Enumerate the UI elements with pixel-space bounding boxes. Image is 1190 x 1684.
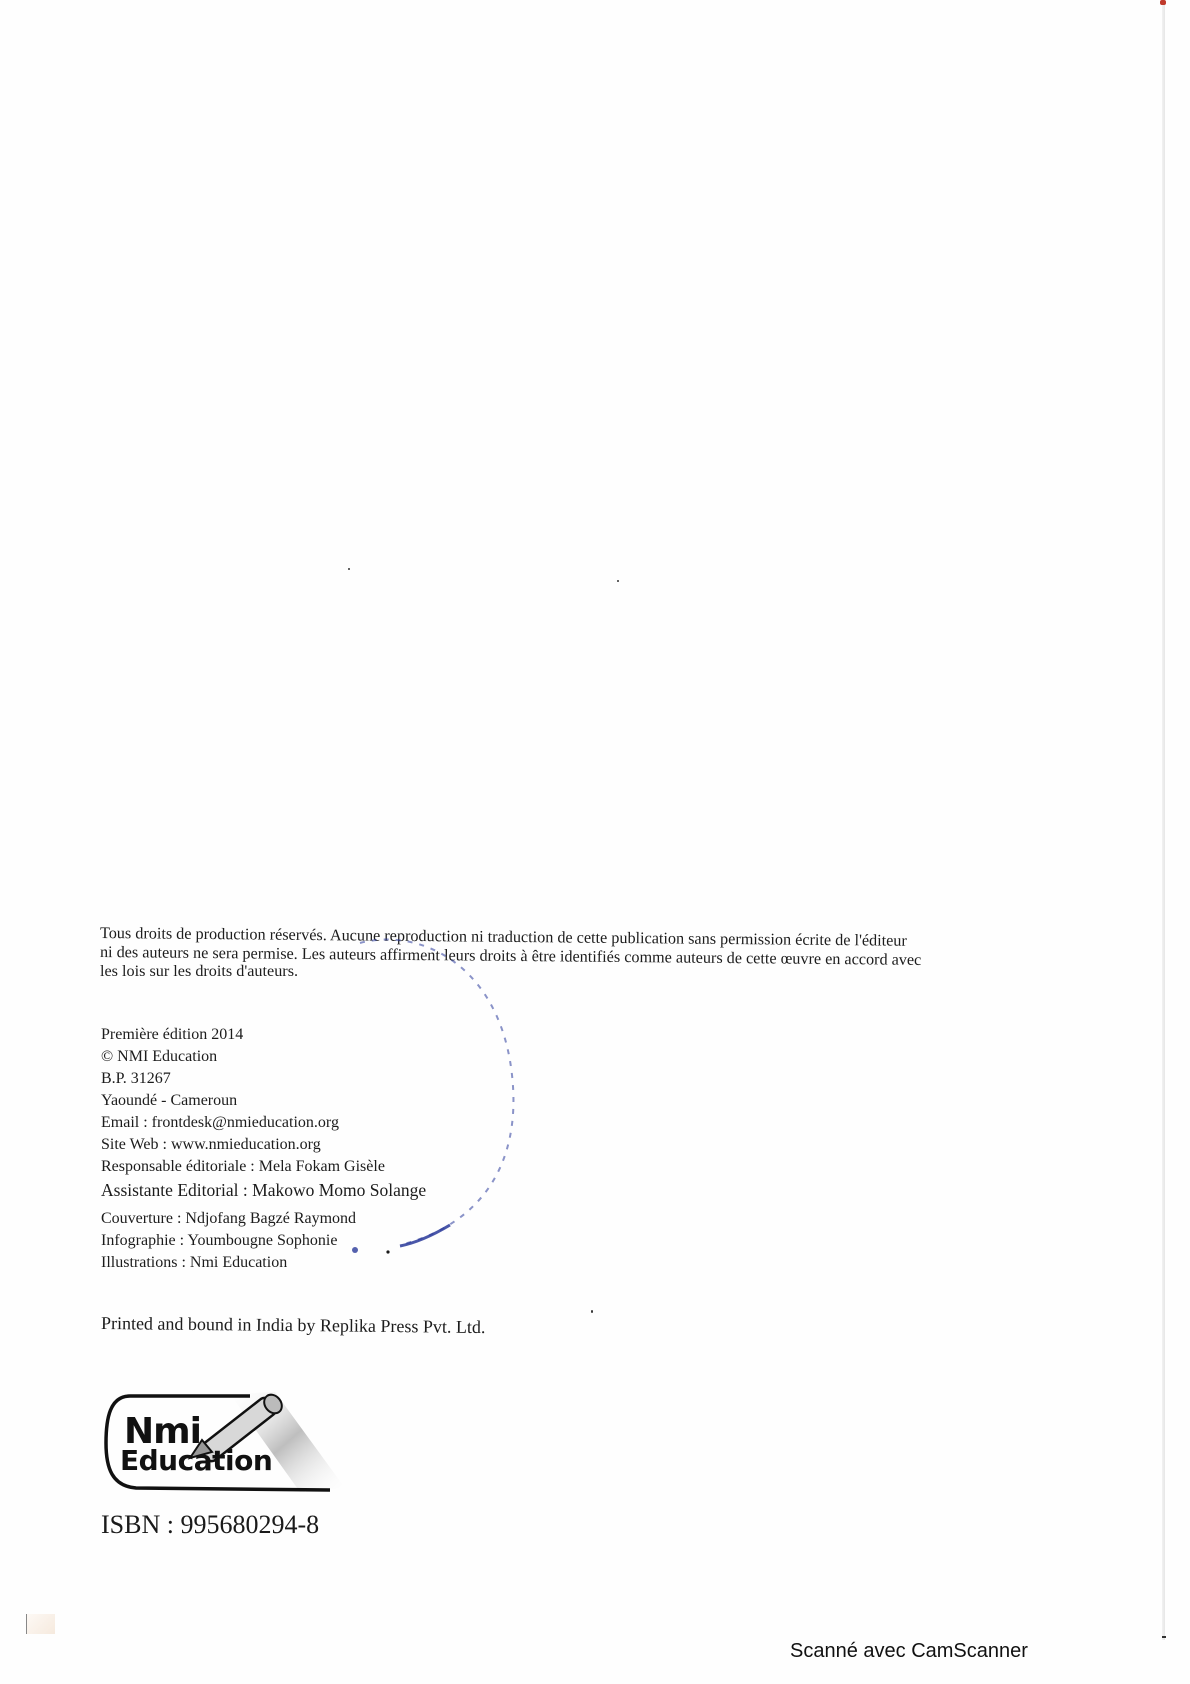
- editorial-lead-line: Responsable éditoriale : Mela Fokam Gisè…: [101, 1156, 426, 1178]
- edition-line: Première édition 2014: [101, 1024, 426, 1046]
- corner-mark: [26, 1614, 55, 1634]
- email-line: Email : frontdesk@nmieducation.org: [101, 1112, 426, 1134]
- page-edge: [1162, 0, 1165, 1640]
- colophon: Première édition 2014 © NMI Education B.…: [101, 1024, 426, 1274]
- editorial-assistant-line: Assistante Editorial : Makowo Momo Solan…: [101, 1178, 426, 1202]
- infographics-credit-line: Infographie : Youmbougne Sophonie: [101, 1230, 426, 1252]
- city-line: Yaoundé - Cameroun: [101, 1090, 426, 1112]
- nmi-education-logo: Nmi Education: [100, 1388, 350, 1496]
- illustrations-credit-line: Illustrations : Nmi Education: [101, 1252, 426, 1274]
- page-edge-mark: [1162, 1636, 1166, 1638]
- copyright-line: © NMI Education: [101, 1046, 426, 1068]
- speck: [591, 1310, 593, 1313]
- speck: [348, 568, 350, 570]
- corner-speck: [1160, 0, 1166, 5]
- logo-text-education: Education: [120, 1446, 272, 1476]
- website-line: Site Web : www.nmieducation.org: [101, 1134, 426, 1156]
- camscanner-watermark: Scanné avec CamScanner: [790, 1640, 1028, 1663]
- speck: [617, 580, 619, 582]
- isbn: ISBN : 995680294-8: [101, 1510, 319, 1540]
- scanned-page: Tous droits de production réservés. Aucu…: [0, 0, 1190, 1684]
- po-box-line: B.P. 31267: [101, 1068, 426, 1090]
- cover-credit-line: Couverture : Ndjofang Bagzé Raymond: [101, 1208, 426, 1230]
- printer-line: Printed and bound in India by Replika Pr…: [101, 1313, 486, 1338]
- rights-notice: Tous droits de production réservés. Aucu…: [100, 924, 1030, 981]
